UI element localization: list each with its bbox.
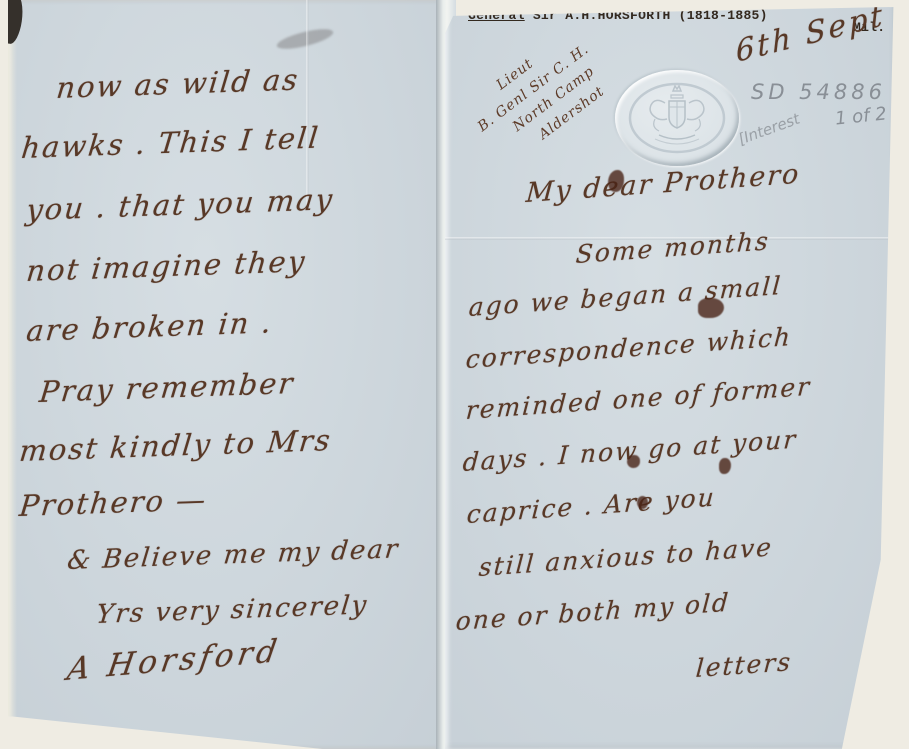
letter-scan: now as wild as hawks . This I tell you .… <box>0 0 909 749</box>
handwritten-line: correspondence which <box>465 324 793 372</box>
right-page: General Sir A.H.HORSFORTH (1818-1885) Mi… <box>445 4 897 749</box>
handwritten-line: Yrs very sincerely <box>95 592 369 628</box>
handwritten-line: Pray remember <box>38 369 296 407</box>
signature: A Horsford <box>65 636 283 686</box>
handwritten-line: one or both my old <box>455 590 731 634</box>
handwritten-line: now as wild as <box>55 65 301 103</box>
handwritten-line: caprice . Are you <box>466 484 717 527</box>
pencil-reference: SD 54886 <box>751 80 886 104</box>
ink-blot <box>637 496 648 509</box>
ink-blot <box>627 455 640 468</box>
handwritten-line: letters <box>695 649 793 681</box>
address-block: Lieut B. Genl Sir C. H. North Camp Alder… <box>446 0 650 183</box>
pencil-page-count: 1 of 2 <box>834 103 888 129</box>
left-page: now as wild as hawks . This I tell you .… <box>8 0 445 749</box>
embossed-royal-crest-icon <box>615 70 739 166</box>
handwritten-line: days . I now go at your <box>462 426 798 475</box>
handwritten-line: Prothero — <box>18 485 209 521</box>
handwritten-line: ago we began a small <box>468 273 783 320</box>
handwritten-line: you . that you may <box>25 185 335 225</box>
coat-of-arms-icon <box>625 79 729 157</box>
catalog-header-rank: General <box>468 8 525 23</box>
handwritten-line: Some months <box>575 228 771 267</box>
handwritten-line: hawks . This I tell <box>20 123 321 163</box>
handwritten-line: reminded one of former <box>465 374 812 423</box>
ink-blot <box>719 458 731 474</box>
dark-corner-mark <box>1 0 26 45</box>
ink-smudge <box>275 25 335 53</box>
handwritten-line: still anxious to have <box>478 534 774 580</box>
ink-blot <box>698 298 724 318</box>
paper-crease <box>306 0 309 210</box>
handwritten-line: most kindly to Mrs <box>18 426 333 466</box>
handwritten-line: not imagine they <box>25 247 308 286</box>
torn-paper-edge <box>8 0 17 749</box>
handwritten-line: are broken in . <box>25 308 274 346</box>
pencil-interest-note: [Interest <box>736 110 802 149</box>
salutation: My dear Prothero <box>525 161 801 207</box>
handwritten-line: & Believe me my dear <box>66 536 401 574</box>
